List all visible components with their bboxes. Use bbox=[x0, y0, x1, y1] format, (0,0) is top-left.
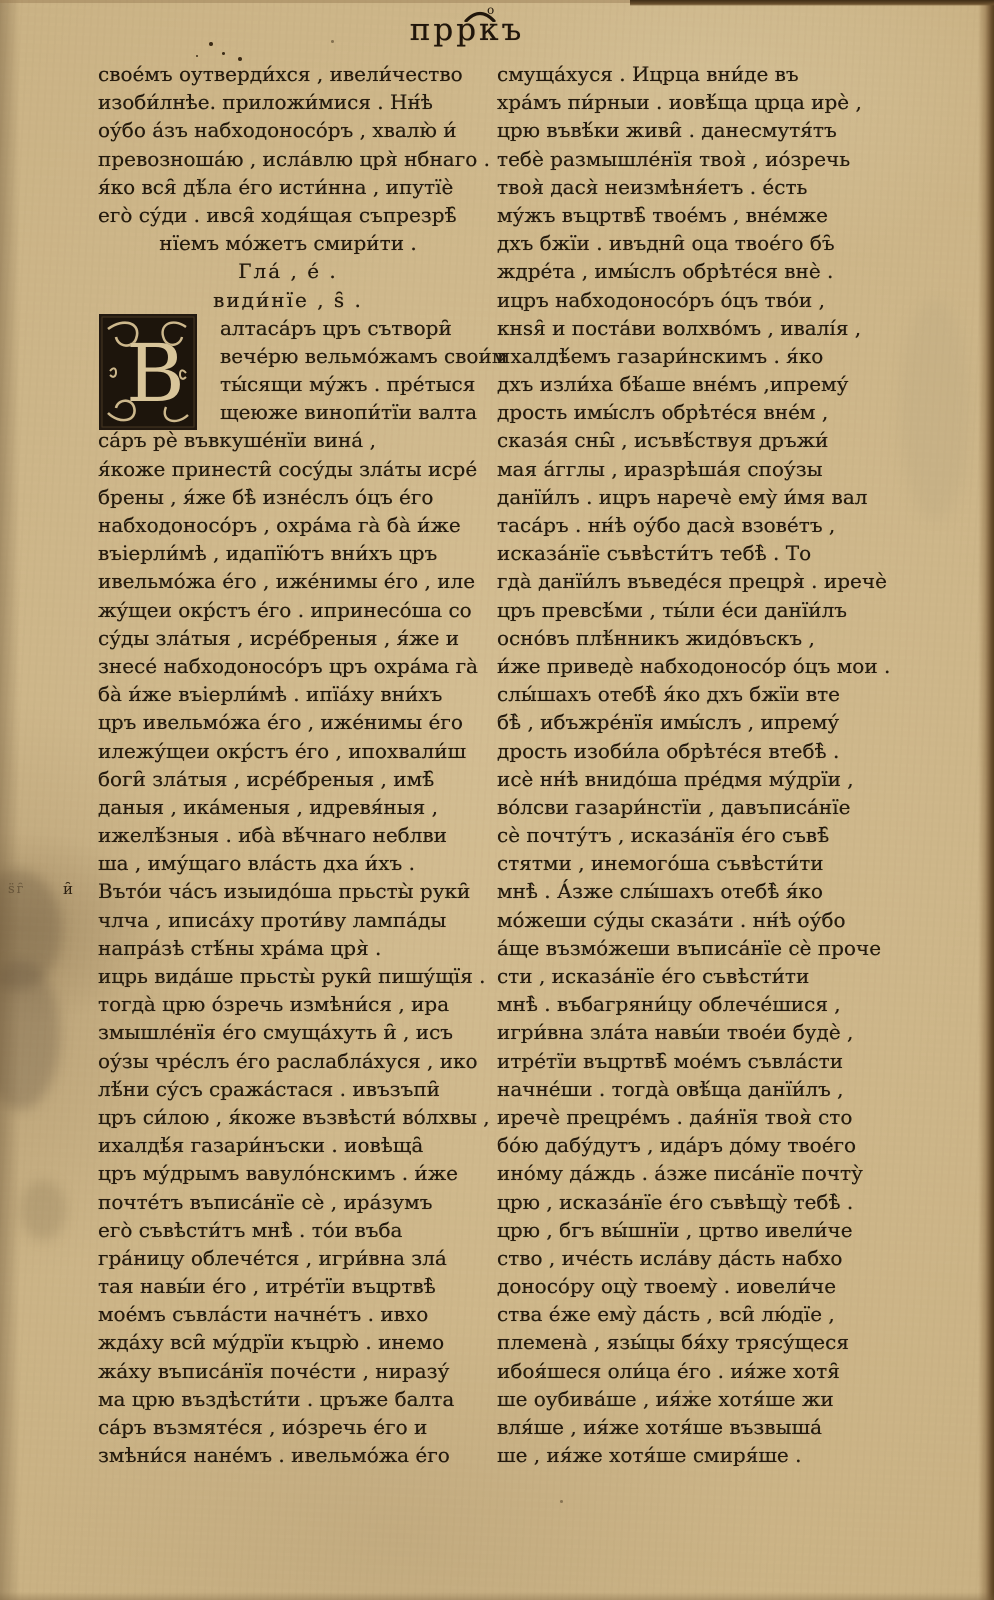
text-line: слы́шахъ отебѣ̀ я́ко дхъ бжїи вте bbox=[497, 680, 910, 708]
ink-speck bbox=[222, 52, 225, 55]
margin-note-secondary: и̑ bbox=[63, 880, 73, 898]
text-line: жда́ху вси̑ му́дрїи къцрю̀ . инемо bbox=[98, 1328, 478, 1356]
text-line: таса́ръ . нн́ѣ оу́бо дася̀ взове́тъ , bbox=[497, 511, 910, 539]
text-line: гда̀ данїи́лъ въведе́ся прецря̀ . иречѐ bbox=[497, 567, 910, 595]
text-line: ба̀ и́же въіерли́мѣ . ипїа́ху вни́хъ bbox=[98, 680, 478, 708]
text-line: илежу́щеи окр́стъ е́го , ипохвали́ш bbox=[98, 737, 478, 765]
text-line: гра́ницу облече́тся , игри́вна зла́ bbox=[98, 1244, 478, 1272]
text-line: въіерли́мѣ , идапїю́тъ вни́хъ цръ bbox=[98, 539, 478, 567]
text-line: оу́зы чре́слъ е́го раслабла́хуся , ико bbox=[98, 1047, 478, 1075]
text-line: превозноша́ю , исла́влю цря̀ нбнаго . bbox=[98, 145, 478, 173]
text-line: змѣни́ся нане́мъ . ивельмо́жа е́го bbox=[98, 1441, 478, 1469]
text-line: его̀ съвѣсти́тъ мнѣ̀ . то́и въба bbox=[98, 1216, 478, 1244]
text-line: лѣ́ни су́съ сража́стася . ивъзъпи̑ bbox=[98, 1075, 478, 1103]
text-line: жа́ху въписа́нїя поче́сти , ниразу́ bbox=[98, 1357, 478, 1385]
paper-highlight bbox=[900, 300, 970, 520]
text-line: ше , ия́же хотя́ше смиря́ше . bbox=[497, 1441, 910, 1469]
text-line: осно́въ плѣ́нникъ жидо́въскъ , bbox=[497, 624, 910, 652]
text-line: Въто́и ча́съ изыидо́ша прьсты̀ руки̑ bbox=[98, 877, 478, 905]
text-line: ства е́же ему̀ да́сть , вси̑ лю́дїе , bbox=[497, 1300, 910, 1328]
drop-cap-ornament: В bbox=[98, 313, 198, 431]
margin-note: ѕ̈г̑ bbox=[8, 882, 25, 897]
text-line: и́же приведѐ набходоносо́р о́цъ мои . bbox=[497, 652, 910, 680]
text-line: црю , бгъ вы́шнїи , цртво ивели́че bbox=[497, 1216, 910, 1244]
page-top-edge bbox=[630, 0, 994, 6]
text-line: ино́му да́ждь . а́зже писа́нїе почту̀ bbox=[497, 1159, 910, 1187]
text-line: знесе́ набходоносо́ръ цръ охра́ма га̀ bbox=[98, 652, 478, 680]
ink-speck bbox=[196, 55, 198, 57]
left-column: В свое́мъ оутверди́хся , ивели́чествоизо… bbox=[98, 60, 478, 1469]
titlo-superscript: о bbox=[487, 3, 494, 17]
text-line: црю , исказа́нїе е́го съвѣщу̀ тебѣ̀ . bbox=[497, 1188, 910, 1216]
text-line: я́ко вся̑ дѣ́ла е́го исти́нна , ипутїѐ bbox=[98, 173, 478, 201]
text-line: исѐ нн́ѣ внидо́ша пре́дмя му́дрїи , bbox=[497, 765, 910, 793]
text-line: мнѣ̀ . А́зже слы́шахъ отебѣ̀ я́ко bbox=[497, 877, 910, 905]
text-line: напра́зѣ стѣ́ны хра́ма цря̀ . bbox=[98, 934, 478, 962]
text-line: тая навы́и е́го , итре́тїи въцртвѣ̀ bbox=[98, 1272, 478, 1300]
text-line: смуща́хуся . Ицрца вни́де въ bbox=[497, 60, 910, 88]
text-line: цръ му́дрымъ вавуло́нскимъ . и́же bbox=[98, 1159, 478, 1187]
text-line: во́лсви газари́нстїи , давъписа́нїе bbox=[497, 793, 910, 821]
text-line: змышле́нїя е́го смуща́хуть и̑ , исъ bbox=[98, 1018, 478, 1046]
page-bottom-edge bbox=[0, 1592, 994, 1600]
text-line: я́коже принести̑ сосу́ды зла́ты исре́ bbox=[98, 455, 478, 483]
text-line: цръ превсѣ́ми , ты́ли е́си данїи́лъ bbox=[497, 596, 910, 624]
text-line: сказа́я сны̑ , исъвѣ́ствуя дръжи́ bbox=[497, 426, 910, 454]
text-line: боги̑ зла́тыя , исре́бреныя , имѣ̑ bbox=[98, 765, 478, 793]
page-left-edge bbox=[0, 0, 20, 1600]
text-line: ижелѣ́зныя . иба̀ вѣ́чнаго неблви bbox=[98, 821, 478, 849]
text-line: бѣ̀ , ибъжре́нїя имы́слъ , ипрему́ bbox=[497, 708, 910, 736]
text-line: ицръ набходоносо́ръ о́цъ тво́и , bbox=[497, 286, 910, 314]
text-line: црю въвѣ́ки живи̑ . данесмутя́тъ bbox=[497, 116, 910, 144]
text-line: тебѐ размышле́нїя твоя̀ , ио́зречь bbox=[497, 145, 910, 173]
text-line: доносо́ру оцу̀ твоему̀ . иовели́че bbox=[497, 1272, 910, 1300]
text-line: ждре́та , имы́слъ обрѣте́ся внѐ . bbox=[497, 257, 910, 285]
text-line: брены , я́же бѣ̀ изне́слъ о́цъ е́го bbox=[98, 483, 478, 511]
text-line: ше оубива́ше , ия́же хотя́ше жи bbox=[497, 1385, 910, 1413]
text-line: тогда̀ црю о́зречь измѣни́ся , ира bbox=[98, 990, 478, 1018]
text-line: ивельмо́жа е́го , иже́нимы е́го , иле bbox=[98, 567, 478, 595]
book-page: прркъ о ѕ̈г̑ и̑ В свое́мъ оутверди́хся ,… bbox=[0, 0, 994, 1600]
paper-stain bbox=[20, 1180, 66, 1240]
text-line: данїи́лъ . ицръ наречѐ ему̀ и́мя вал bbox=[497, 483, 910, 511]
text-line: Гла́ , е́ . bbox=[98, 257, 478, 285]
text-line: дхъ изли́ха бѣ́аше вне́мъ ,ипрему́ bbox=[497, 370, 910, 398]
text-line: свое́мъ оутверди́хся , ивели́чество bbox=[98, 60, 478, 88]
ink-speck bbox=[560, 1500, 563, 1503]
text-line: игри́вна зла́та навы́и твое́и будѐ , bbox=[497, 1018, 910, 1046]
text-line: исказа́нїе съвѣсти́тъ тебѣ̀ . То bbox=[497, 539, 910, 567]
text-line: цръ си́лою , я́коже възвѣсти́ во́лхвы , bbox=[98, 1103, 478, 1131]
drop-cap-initial: В bbox=[98, 313, 198, 431]
text-line: мая а́гглы , иразрѣша́я споу́зы bbox=[497, 455, 910, 483]
text-line: дрость имы́слъ обрѣте́ся вне́м , bbox=[497, 398, 910, 426]
text-line: члча , иписа́ху проти́ву лампа́ды bbox=[98, 906, 478, 934]
text-line: хра́мъ пи́рныи . иовѣ́ща црца ирѐ , bbox=[497, 88, 910, 116]
text-line: ша , иму́щаго вла́сть дха и́хъ . bbox=[98, 849, 478, 877]
text-line: види́нїе , ѕ̑ . bbox=[98, 286, 478, 314]
text-line: мо́жеши су́ды сказа́ти . нн́ѣ оу́бо bbox=[497, 906, 910, 934]
text-line: итре́тїи въцртвѣ̑ мое́мъ съвла́сти bbox=[497, 1047, 910, 1075]
page-right-edge bbox=[978, 0, 994, 1600]
text-line: его̀ су́ди . ився̑ ходя́щая съпрезрѣ̑ bbox=[98, 201, 478, 229]
text-line: су́ды зла́тыя , исре́бреныя , я́же и bbox=[98, 624, 478, 652]
text-line: ихалдѣ́емъ газари́нскимъ . я́ко bbox=[497, 342, 910, 370]
text-line: ма црю въздѣсти́ти . цръже балта bbox=[98, 1385, 478, 1413]
drop-cap-letter: В bbox=[126, 327, 185, 420]
text-line: начне́ши . тогда̀ овѣ́ща данїи́лъ , bbox=[497, 1075, 910, 1103]
text-line: сѐ почту́тъ , исказа́нїя е́го съвѣ̑ bbox=[497, 821, 910, 849]
text-line: нїемъ мо́жетъ смири́ти . bbox=[98, 229, 478, 257]
text-line: ихалдѣ́я газари́нъски . иовѣща̑ bbox=[98, 1131, 478, 1159]
text-line: набходоносо́ръ , охра́ма га̀ ба̀ и́же bbox=[98, 511, 478, 539]
text-line: дрость изоби́ла обрѣте́ся втебѣ̀ . bbox=[497, 737, 910, 765]
text-line: жу́щеи окр́стъ е́го . ипринесо́ша со bbox=[98, 596, 478, 624]
text-line: твоя̀ дася̀ неизмѣня́етъ . е́сть bbox=[497, 173, 910, 201]
text-line: почте́тъ въписа́нїе сѐ , ира́зумъ bbox=[98, 1188, 478, 1216]
text-line: кнѕя̑ и поста́ви волхво́мъ , ивалі́я , bbox=[497, 314, 910, 342]
text-line: бо́ю дабу́дутъ , ида́ръ до́му твое́го bbox=[497, 1131, 910, 1159]
text-line: вля́ше , ия́же хотя́ше възвыша́ bbox=[497, 1413, 910, 1441]
running-title: прркъ о bbox=[0, 12, 934, 48]
text-line: мое́мъ съвла́сти начне́тъ . ивхо bbox=[98, 1300, 478, 1328]
text-line: ибоя́шеся оли́ца е́го . ия́же хотя̑ bbox=[497, 1357, 910, 1385]
text-line: мнѣ̀ . въбагряни́цу облече́шися , bbox=[497, 990, 910, 1018]
text-line: са́ръ възмяте́ся , ио́зречь е́го и bbox=[98, 1413, 478, 1441]
text-line: ство , иче́сть исла́ву да́сть набхо bbox=[497, 1244, 910, 1272]
text-line: ицрь вида́ше прьсты̀ руки̑ пишу́щїя . bbox=[98, 962, 478, 990]
text-line: племена̀ , язы́цы бя́ху трясу́щеся bbox=[497, 1328, 910, 1356]
right-column: смуща́хуся . Ицрца вни́де въхра́мъ пи́рн… bbox=[497, 60, 910, 1469]
text-line: стятми , инемого́ша съвѣсти́ти bbox=[497, 849, 910, 877]
text-line: дхъ бжїи . ивъдни̑ оца твое́го бъ̑ bbox=[497, 229, 910, 257]
page-top-edge-thin bbox=[0, 0, 630, 3]
text-line: а́ще възмо́жеши въписа́нїе сѐ проче bbox=[497, 934, 910, 962]
text-line: иречѐ прецре́мъ . дая́нїя твоя̀ сто bbox=[497, 1103, 910, 1131]
text-line: даныя , ика́меныя , идревя́ныя , bbox=[98, 793, 478, 821]
text-line: изоби́лнѣе. приложи́мися . Нн́ѣ bbox=[98, 88, 478, 116]
text-line: му́жъ въцртвѣ̑ твое́мъ , вне́мже bbox=[497, 201, 910, 229]
text-line: цръ ивельмо́жа е́го , иже́нимы е́го bbox=[98, 708, 478, 736]
text-line: сти , исказа́нїе е́го съвѣсти́ти bbox=[497, 962, 910, 990]
text-line: оу́бо а́зъ набходоносо́ръ , хвалю̀ и́ bbox=[98, 116, 478, 144]
